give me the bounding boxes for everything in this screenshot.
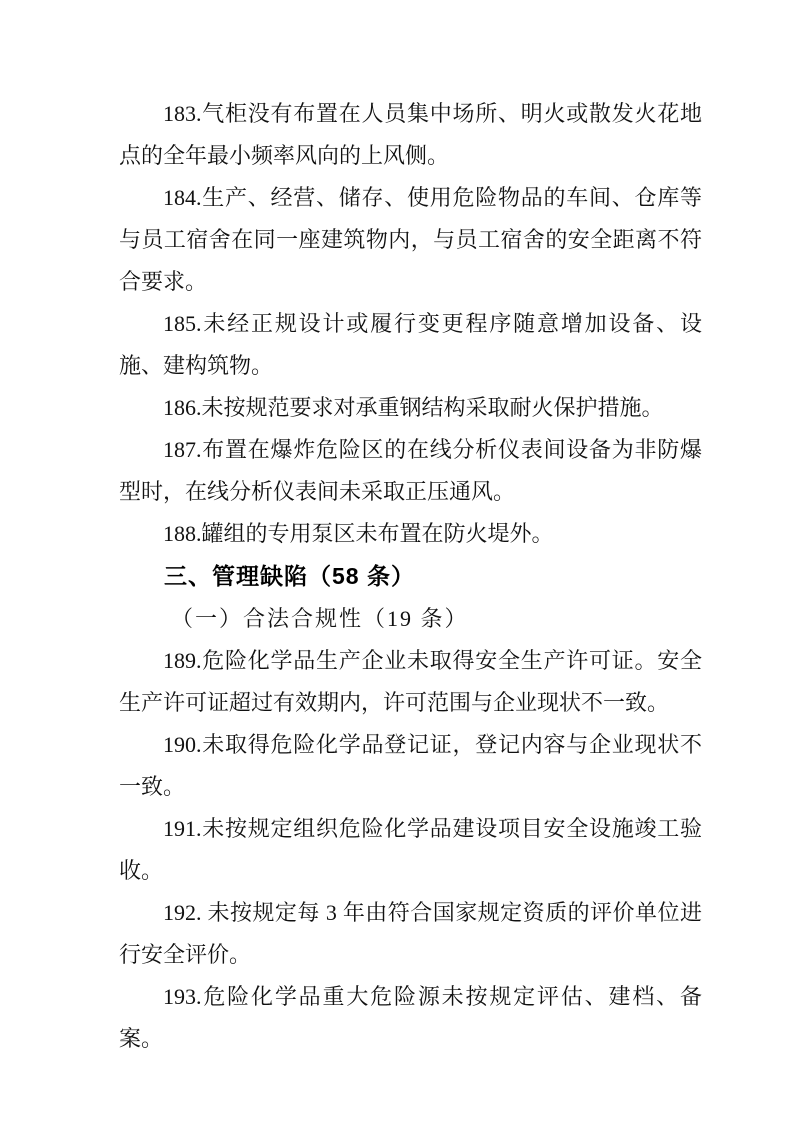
- document-page: 183.气柜没有布置在人员集中场所、明火或散发火花地点的全年最小频率风向的上风侧…: [0, 0, 800, 1131]
- list-item-193: 193.危险化学品重大危险源未按规定评估、建档、备案。: [119, 976, 702, 1060]
- section-heading-management-defects: 三、管理缺陷（58 条）: [119, 555, 702, 598]
- list-item-185: 185.未经正规设计或履行变更程序随意增加设备、设施、建构筑物。: [119, 303, 702, 387]
- subsection-heading-legal-compliance: （一）合法合规性（19 条）: [119, 598, 702, 640]
- list-item-183: 183.气柜没有布置在人员集中场所、明火或散发火花地点的全年最小频率风向的上风侧…: [119, 93, 702, 177]
- list-item-187: 187.布置在爆炸危险区的在线分析仪表间设备为非防爆型时，在线分析仪表间未采取正…: [119, 429, 702, 513]
- list-item-186: 186.未按规范要求对承重钢结构采取耐火保护措施。: [119, 387, 702, 429]
- list-item-184: 184.生产、经营、储存、使用危险物品的车间、仓库等与员工宿舍在同一座建筑物内，…: [119, 177, 702, 303]
- list-item-192: 192. 未按规定每 3 年由符合国家规定资质的评价单位进行安全评价。: [119, 892, 702, 976]
- list-item-189: 189.危险化学品生产企业未取得安全生产许可证。安全生产许可证超过有效期内，许可…: [119, 640, 702, 724]
- list-item-190: 190.未取得危险化学品登记证，登记内容与企业现状不一致。: [119, 724, 702, 808]
- list-item-191: 191.未按规定组织危险化学品建设项目安全设施竣工验收。: [119, 808, 702, 892]
- list-item-188: 188.罐组的专用泵区未布置在防火堤外。: [119, 513, 702, 555]
